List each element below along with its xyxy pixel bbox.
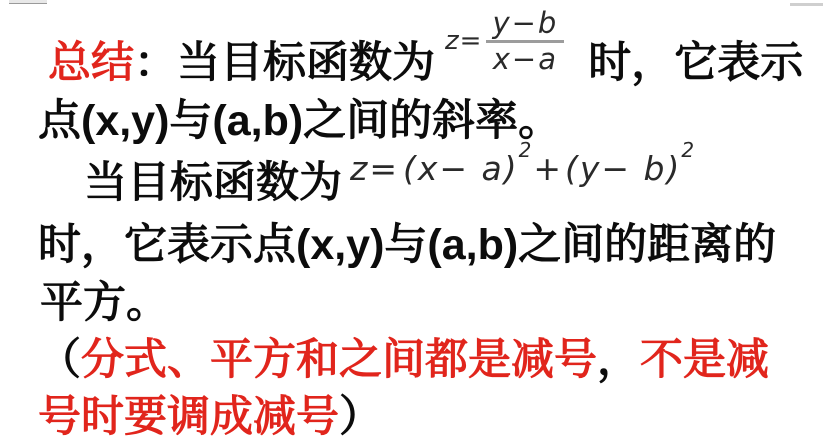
note-line-1: （分式、平方和之间都是减号，不是减 <box>38 331 769 389</box>
distance-formula: z=(x− a)2+(y− b)2 <box>350 148 694 190</box>
line5-text: 平方。 <box>40 274 169 332</box>
top-left-crop-artifact <box>9 0 47 4</box>
note-line-2: 号时要调成减号） <box>38 388 382 443</box>
fraction: y−b x−a <box>486 8 564 74</box>
formula2-term1: (x− a) <box>403 148 519 190</box>
fraction-numerator: y−b <box>486 8 564 43</box>
note-red-text-1: 分式、平方和之间都是减号 <box>81 331 597 389</box>
line4-text: 时，它表示点(x,y)与(a,b)之间的距离的 <box>38 216 776 274</box>
top-right-crop-artifact <box>790 3 823 6</box>
note-comma: ， <box>597 331 640 389</box>
line1-text-after: 时，它表示 <box>576 34 803 92</box>
slope-formula: z= y−b x−a <box>445 8 564 74</box>
line3-text-before: 当目标函数为 <box>84 154 342 212</box>
line1-text-before: 当目标函数为 <box>177 34 435 92</box>
fraction-denominator: x−a <box>486 43 564 74</box>
formula2-term2: (y− b) <box>565 148 681 190</box>
distance-description-line: 时，它表示点(x,y)与(a,b)之间的距离的 <box>38 216 776 274</box>
formula2-z-equals: z= <box>350 148 399 190</box>
line2-text: 点(x,y)与(a,b)之间的斜率。 <box>38 92 561 150</box>
summary-colon: ： <box>134 34 177 92</box>
formula1-z-equals: z= <box>445 28 482 54</box>
squared-line: 平方。 <box>40 274 169 332</box>
formula2-exponent2: 2 <box>681 140 694 160</box>
note-red-text-3: 号时要调成减号 <box>38 388 339 443</box>
slope-description-line: 点(x,y)与(a,b)之间的斜率。 <box>38 92 561 150</box>
summary-line-1: 总结：当目标函数为 z= y−b x−a 时，它表示 <box>48 34 803 92</box>
summary-label: 总结 <box>48 34 134 92</box>
summary-line-2: 当目标函数为 z=(x− a)2+(y− b)2 <box>84 154 694 212</box>
note-open-paren: （ <box>38 331 81 389</box>
formula2-exponent1: 2 <box>519 140 532 160</box>
formula2-plus: + <box>533 148 563 190</box>
note-close-paren: ） <box>339 388 382 443</box>
note-red-text-2: 不是减 <box>640 331 769 389</box>
